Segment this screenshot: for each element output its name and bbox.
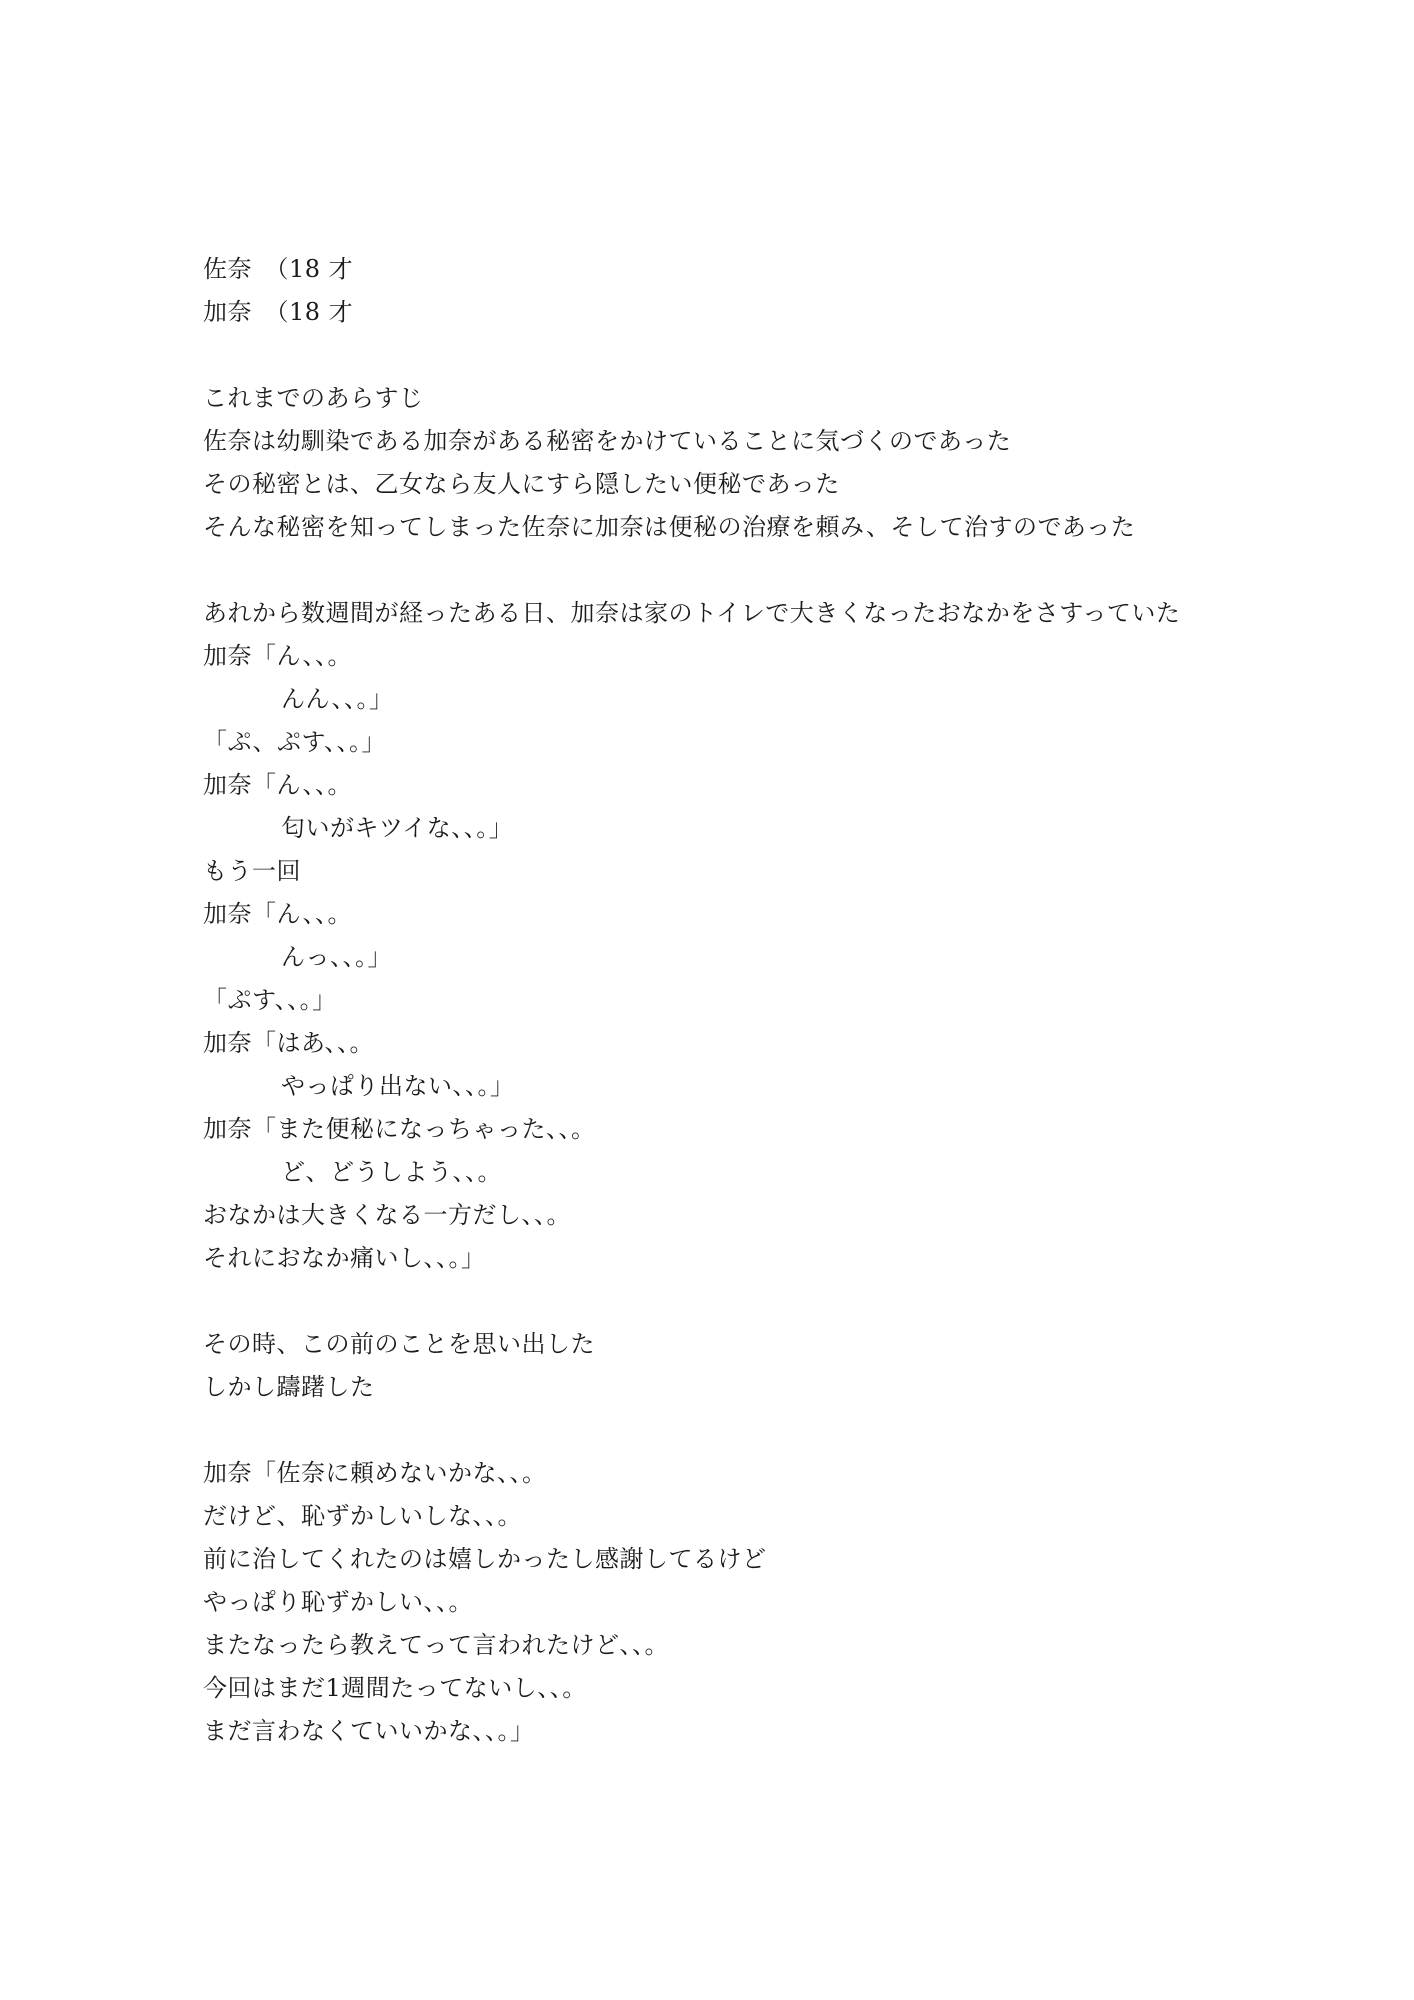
text-line: もう一回	[203, 850, 1374, 893]
text-line: おなかは大きくなる一方だし、、。	[203, 1194, 1374, 1237]
text-line: 加奈「佐奈に頼めないかな、、。	[203, 1452, 1374, 1495]
text-line: その秘密とは、乙女なら友人にすら隠したい便秘であった	[203, 463, 1374, 506]
text-line: 加奈「また便秘になっちゃった、、。	[203, 1108, 1374, 1151]
text-line: んっ、、。」	[203, 936, 1374, 979]
text-line: 加奈「ん、、。	[203, 764, 1374, 807]
text-line: 加奈「ん、、。	[203, 635, 1374, 678]
text-line: だけど、恥ずかしいしな、、。	[203, 1495, 1374, 1538]
text-line: それにおなか痛いし、、。」	[203, 1237, 1374, 1280]
text-line: あれから数週間が経ったある日、加奈は家のトイレで大きくなったおなかをさすっていた	[203, 592, 1374, 635]
text-line: 加奈「ん、、。	[203, 893, 1374, 936]
text-line: やっぱり出ない、、。」	[203, 1065, 1374, 1108]
text-line: 「ぷ、ぷす、、。」	[203, 721, 1374, 764]
text-line: 佐奈は幼馴染である加奈がある秘密をかけていることに気づくのであった	[203, 420, 1374, 463]
text-line-synopsis-heading: これまでのあらすじ	[203, 377, 1374, 420]
text-line: まだ言わなくていいかな、、。」	[203, 1710, 1374, 1753]
text-line-character-kana: 加奈 （18 才	[203, 291, 1374, 334]
text-line: しかし躊躇した	[203, 1366, 1374, 1409]
text-line: 匂いがキツイな、、。」	[203, 807, 1374, 850]
text-line: その時、この前のことを思い出した	[203, 1323, 1374, 1366]
document-page: 佐奈 （18 才 加奈 （18 才 これまでのあらすじ 佐奈は幼馴染である加奈が…	[0, 0, 1414, 2000]
text-line: またなったら教えてって言われたけど、、。	[203, 1624, 1374, 1667]
text-line: そんな秘密を知ってしまった佐奈に加奈は便秘の治療を頼み、そして治すのであった	[203, 506, 1374, 549]
text-line: 前に治してくれたのは嬉しかったし感謝してるけど	[203, 1538, 1374, 1581]
text-line: 今回はまだ1週間たってないし、、。	[203, 1667, 1374, 1710]
text-line: 「ぷす、、。」	[203, 979, 1374, 1022]
text-line: やっぱり恥ずかしい、、。	[203, 1581, 1374, 1624]
text-line: 加奈「はあ、、。	[203, 1022, 1374, 1065]
text-line: ど、どうしよう、、。	[203, 1151, 1374, 1194]
text-line-character-sana: 佐奈 （18 才	[203, 248, 1374, 291]
text-line: んん、、。」	[203, 678, 1374, 721]
